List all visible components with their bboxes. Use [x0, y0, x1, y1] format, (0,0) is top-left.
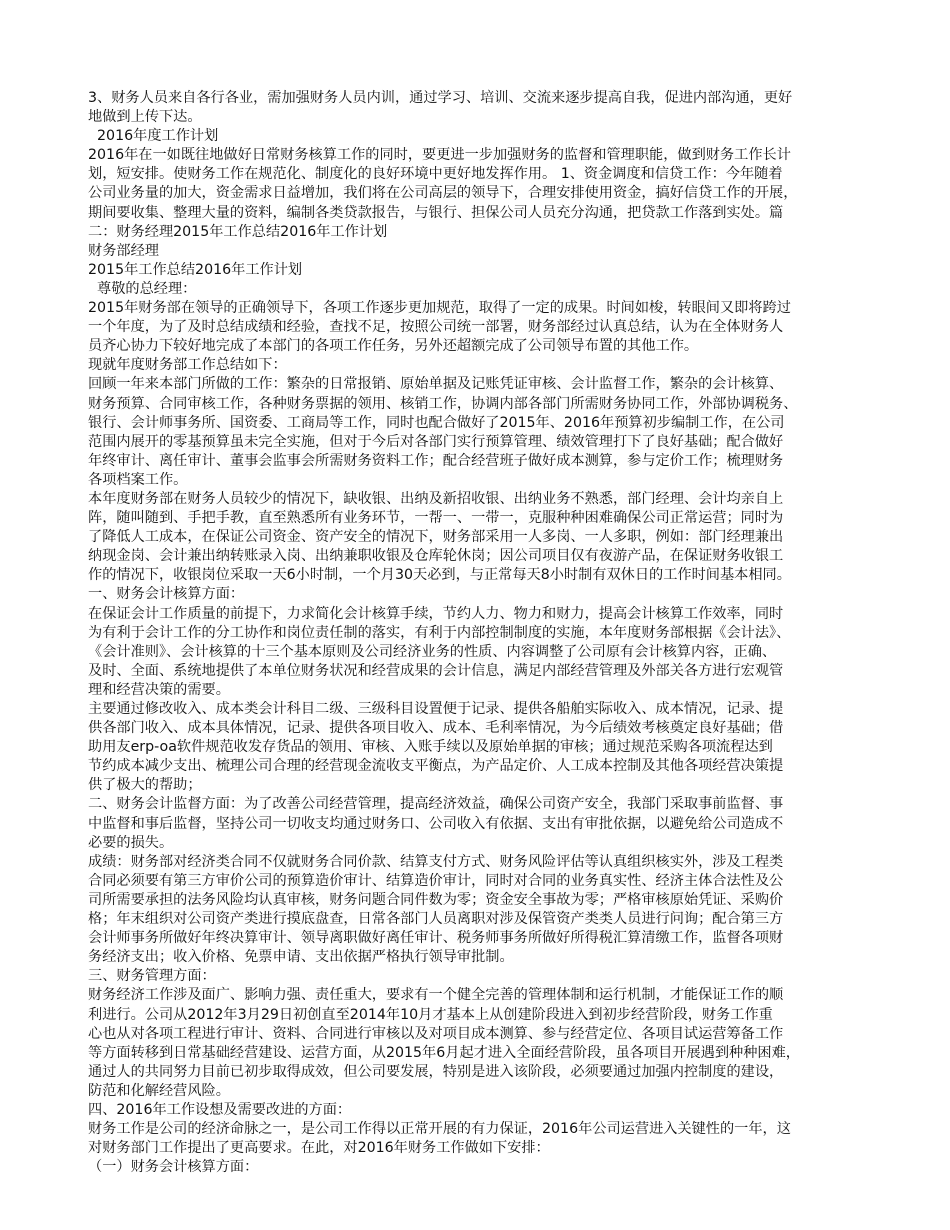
section-heading: 四、2016年工作设想及需要改进的方面： — [88, 1101, 873, 1120]
text-line: 主要通过修改收入、成本类会计科目二级、三级科目设置便于记录、提供各船舶实际收入、… — [88, 700, 873, 719]
text-line: 2016年在一如既往地做好日常财务核算工作的同时，要更进一步加强财务的监督和管理… — [88, 146, 873, 165]
text-line: 及时、全面、系统地提供了本单位财务状况和经营成果的会计信息，满足内部经营管理及外… — [88, 662, 873, 681]
text-line: 财务经济工作涉及面广、影响力强、责任重大，要求有一个健全完善的管理体制和运行机制… — [88, 986, 873, 1005]
author-title: 财务部经理 — [88, 242, 873, 261]
text-line: 作的情况下，收银岗位采取一天6小时制，一个月30天必到，与正常每天8小时制有双休… — [88, 566, 873, 585]
text-line: 3、财务人员来自各行各业，需加强财务人员内训，通过学习、培训、交流来逐步提高自我… — [88, 89, 873, 108]
text-line: 范围内展开的零基预算虽未完全实施，但对于今后对各部门实行预算管理、绩效管理打下了… — [88, 433, 873, 452]
text-line: 理和经营决策的需要。 — [88, 681, 873, 700]
text-line: 中监督和事后监督，坚持公司一切收支均通过财务口、公司收入有依据、支出有审批依据，… — [88, 815, 873, 834]
text-line: 本年度财务部在财务人员较少的情况下，缺收银、出纳及新招收银、出纳业务不熟悉，部门… — [88, 490, 873, 509]
text-line: 节约成本减少支出、梳理公司合理的经营现金流收支平衡点，为产品定价、人工成本控制及… — [88, 757, 873, 776]
section-heading: 三、财务管理方面： — [88, 967, 873, 986]
text-line: 务经济支出；收入价格、免票申请、支出依据严格执行领导审批制。 — [88, 948, 873, 967]
text-line: 合同必须要有第三方审价公司的预算造价审计、结算造价审计，同时对合同的业务真实性、… — [88, 872, 873, 891]
text-line: 一个年度，为了及时总结成绩和经验，查找不足，按照公司统一部署，财务部经过认真总结… — [88, 318, 873, 337]
text-line: 供各部门收入、成本具体情况，记录、提供各项目收入、成本、毛利率情况，为今后绩效考… — [88, 719, 873, 738]
text-line: 公司业务量的加大，资金需求日益增加，我们将在公司高层的领导下，合理安排使用资金，… — [88, 184, 873, 203]
text-line: 各项档案工作。 — [88, 471, 873, 490]
text-line: 成绩：财务部对经济类合同不仅就财务合同价款、结算支付方式、财务风险评估等认真组织… — [88, 853, 873, 872]
text-line: 会计师事务所做好年终决算审计、领导离职做好离任审计、税务师事务所做好所得税汇算清… — [88, 929, 873, 948]
text-line: 2015年财务部在领导的正确领导下，各项工作逐步更加规范，取得了一定的成果。时间… — [88, 299, 873, 318]
text-line: 回顾一年来本部门所做的工作：繁杂的日常报销、原始单据及记账凭证审核、会计监督工作… — [88, 375, 873, 394]
text-line: 助用友erp-oa软件规范收发存货品的领用、审核、入账手续以及原始单据的审核；通… — [88, 738, 873, 757]
text-line: 《会计准则》、会计核算的十三个基本原则及公司经济业务的性质、内容调整了公司原有会… — [88, 643, 873, 662]
text-line: 年终审计、离任审计、董事会监事会所需财务资料工作；配合经营班子做好成本测算，参与… — [88, 452, 873, 471]
text-line: 地做到上传下达。 — [88, 108, 873, 127]
text-line: 必要的损失。 — [88, 834, 873, 853]
text-line: 阵，随叫随到、手把手教，直至熟悉所有业务环节，一帮一、一带一，克服种种困难确保公… — [88, 509, 873, 528]
text-line: 通过人的共同努力目前已初步取得成效，但公司要发展，特别是进入该阶段，必须要通过加… — [88, 1063, 873, 1082]
text-line: 期间要收集、整理大量的资料，编制各类贷款报告，与银行、担保公司人员充分沟通，把贷… — [88, 204, 873, 223]
text-line: 为有利于会计工作的分工协作和岗位责任制的落实，有利于内部控制制度的实施，本年度财… — [88, 624, 873, 643]
text-line: 现就年度财务部工作总结如下： — [88, 356, 873, 375]
text-line: 员齐心协力下较好地完成了本部门的各项工作任务，另外还超额完成了公司领导布置的其他… — [88, 337, 873, 356]
section-heading: 二、财务会计监督方面：为了改善公司经营管理，提高经济效益，确保公司资产安全，我部… — [88, 795, 873, 814]
text-line: 划，短安排。使财务工作在规范化、制度化的良好环境中更好地发挥作用。 1、资金调度… — [88, 165, 873, 184]
text-line: 财务工作是公司的经济命脉之一，是公司工作得以正常开展的有力保证，2016年公司运… — [88, 1120, 873, 1139]
text-line: 利进行。公司从2012年3月29日初创直至2014年10月才基本上从创建阶段进入… — [88, 1006, 873, 1025]
text-line: 银行、会计师事务所、国资委、工商局等工作，同时也配合做好了2015年、2016年… — [88, 414, 873, 433]
text-line: 纳现金岗、会计兼出纳转账录入岗、出纳兼职收银及仓库轮休岗；因公司项目仅有夜游产品… — [88, 547, 873, 566]
text-line: 格；年末组织对公司资产类进行摸底盘查，日常各部门人员离职对涉及保管资产类类人员进… — [88, 910, 873, 929]
text-line: 财务预算、合同审核工作，各种财务票据的领用、核销工作，协调内部各部门所需财务协同… — [88, 395, 873, 414]
text-line: 司所需要承担的法务风险均认真审核，财务问题合同件数为零；资金安全事故为零；严格审… — [88, 891, 873, 910]
document-body: 3、财务人员来自各行各业，需加强财务人员内训，通过学习、培训、交流来逐步提高自我… — [88, 89, 873, 1177]
text-line: 供了极大的帮助； — [88, 776, 873, 795]
salutation: 尊敬的总经理： — [88, 280, 873, 299]
text-line: 心也从对各项工程进行审计、资料、合同进行审核以及对项目成本测算、参与经营定位、各… — [88, 1025, 873, 1044]
text-line: 对财务部门工作提出了更高要求。在此，对2016年财务工作做如下安排： — [88, 1139, 873, 1158]
text-line: 了降低人工成本，在保证公司资金、资产安全的情况下，财务部采用一人多岗、一人多职，… — [88, 528, 873, 547]
text-line: 等方面转移到日常基础经营建设、运营方面，从2015年6月起才进入全面经营阶段，虽… — [88, 1044, 873, 1063]
section-heading: 2016年度工作计划 — [88, 127, 873, 146]
text-line: 二：财务经理2015年工作总结2016年工作计划 — [88, 223, 873, 242]
text-line: 在保证会计工作质量的前提下，力求简化会计核算手续，节约人力、物力和财力，提高会计… — [88, 605, 873, 624]
document-title: 2015年工作总结2016年工作计划 — [88, 261, 873, 280]
text-line: 防范和化解经营风险。 — [88, 1082, 873, 1101]
section-heading: 一、财务会计核算方面： — [88, 585, 873, 604]
section-heading: （一）财务会计核算方面： — [88, 1158, 873, 1177]
